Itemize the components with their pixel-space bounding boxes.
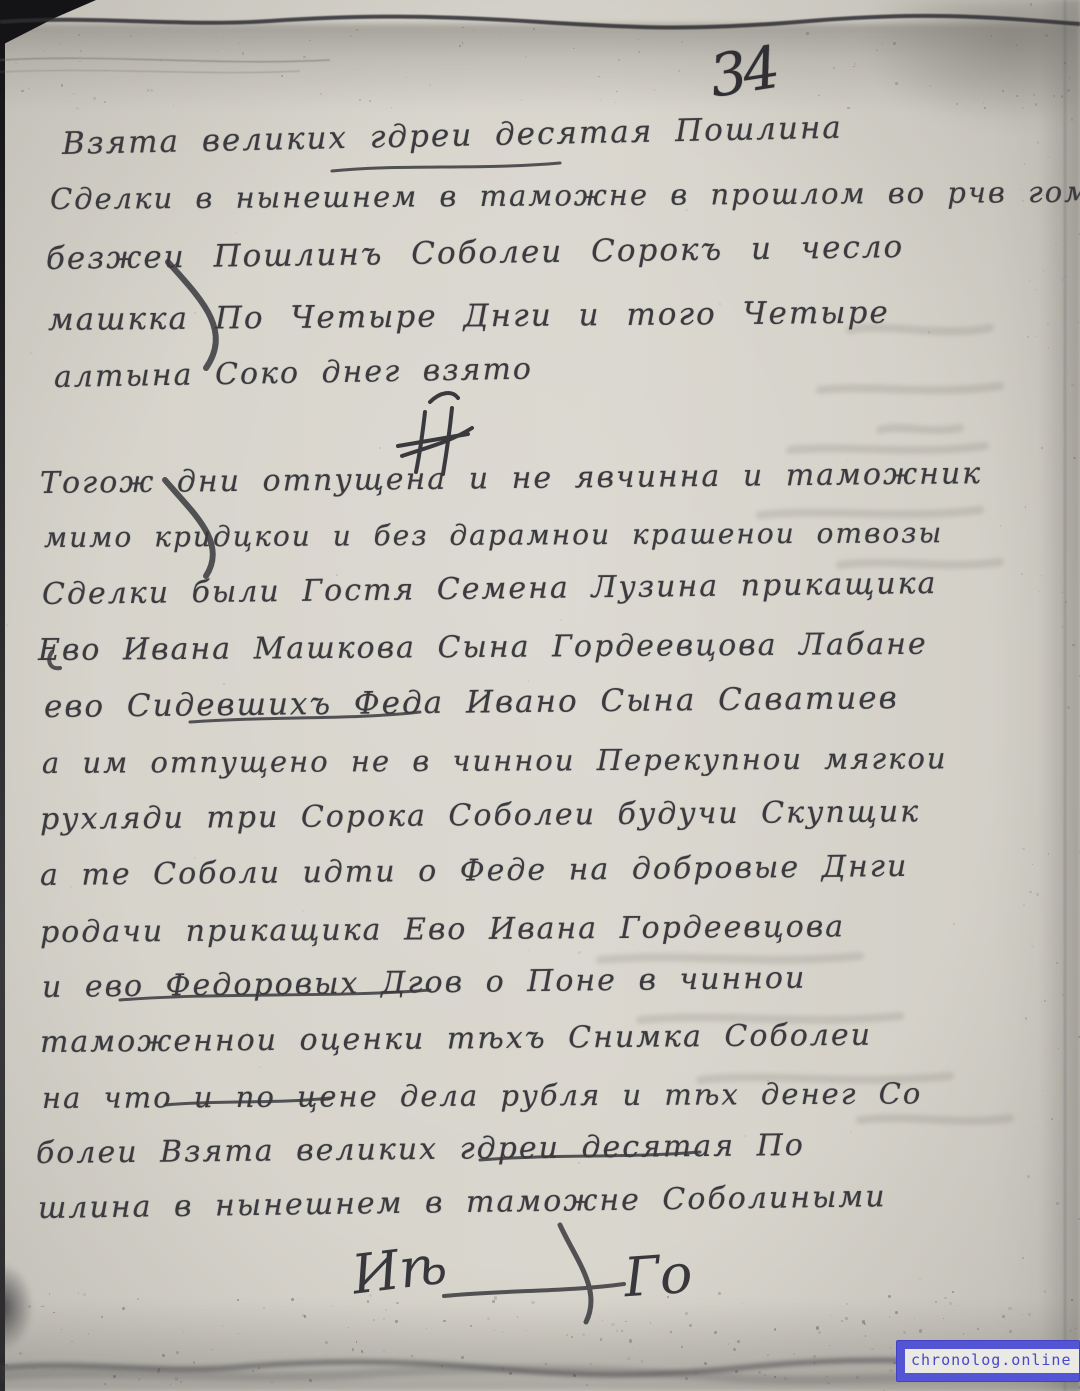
watermark-badge[interactable]: chronolog.online	[896, 1340, 1080, 1382]
manuscript-line: Сделки были Гостя Семена Лузина прикащик…	[42, 566, 938, 612]
manuscript-scan-page: 34 Взята великих гдреи десятая Пошлина С…	[0, 0, 1080, 1391]
manuscript-line: родачи прикащика Ево Ивана Гордеевцова	[40, 909, 845, 950]
manuscript-line: Сделки в нынешнем в таможне в прошлом во…	[50, 175, 1080, 216]
manuscript-line: Ево Ивана Машкова Сына Гордеевцова Лабан…	[38, 627, 928, 668]
page-number: 34	[705, 33, 781, 110]
closing-right-text: Го	[622, 1242, 694, 1310]
watermark-label: chronolog.online	[905, 1349, 1079, 1373]
manuscript-line: на что и по цене дела рубля и тѣх денег …	[42, 1076, 922, 1115]
manuscript-line: таможеннои оценки тѣхъ Снимка Соболеи	[40, 1018, 872, 1060]
manuscript-line: и ево Федоровых Дгов о Поне в чиннои	[42, 961, 807, 1005]
closing-flourish: Иѣ Го	[352, 1238, 752, 1348]
manuscript-line: мимо кридцкои и без дарамнои крашенои от…	[44, 516, 943, 554]
manuscript-line: безжеи Пошлинъ Соболеи Сорокъ и чесло	[46, 229, 905, 277]
closing-left-text: Иѣ	[349, 1232, 451, 1306]
manuscript-line: машкка По Четыре Днги и того Четыре	[48, 295, 890, 338]
manuscript-line: рухляди три Сорока Соболеи будучи Скупщи…	[40, 794, 920, 837]
manuscript-line: а им отпущено не в чиннои Перекупнои мяг…	[42, 741, 948, 780]
manuscript-line: Взята великих гдреи десятая Пошлина	[62, 110, 844, 162]
manuscript-line: алтына Соко днег взято	[54, 352, 534, 395]
manuscript-line: болеи Взята великих гдреи десятая По	[36, 1128, 805, 1171]
manuscript-line: Тогож дни отпущена и не явчинна и таможн…	[40, 456, 982, 501]
manuscript-line: а те Соболи идти о Феде на добровые Днги	[40, 849, 909, 893]
left-scan-edge	[0, 0, 5, 1391]
manuscript-line: ево Сидевшихъ Феда Ивано Сына Саватиев	[44, 680, 899, 725]
manuscript-line: шлина в нынешнем в таможне Соболиными	[38, 1179, 887, 1226]
